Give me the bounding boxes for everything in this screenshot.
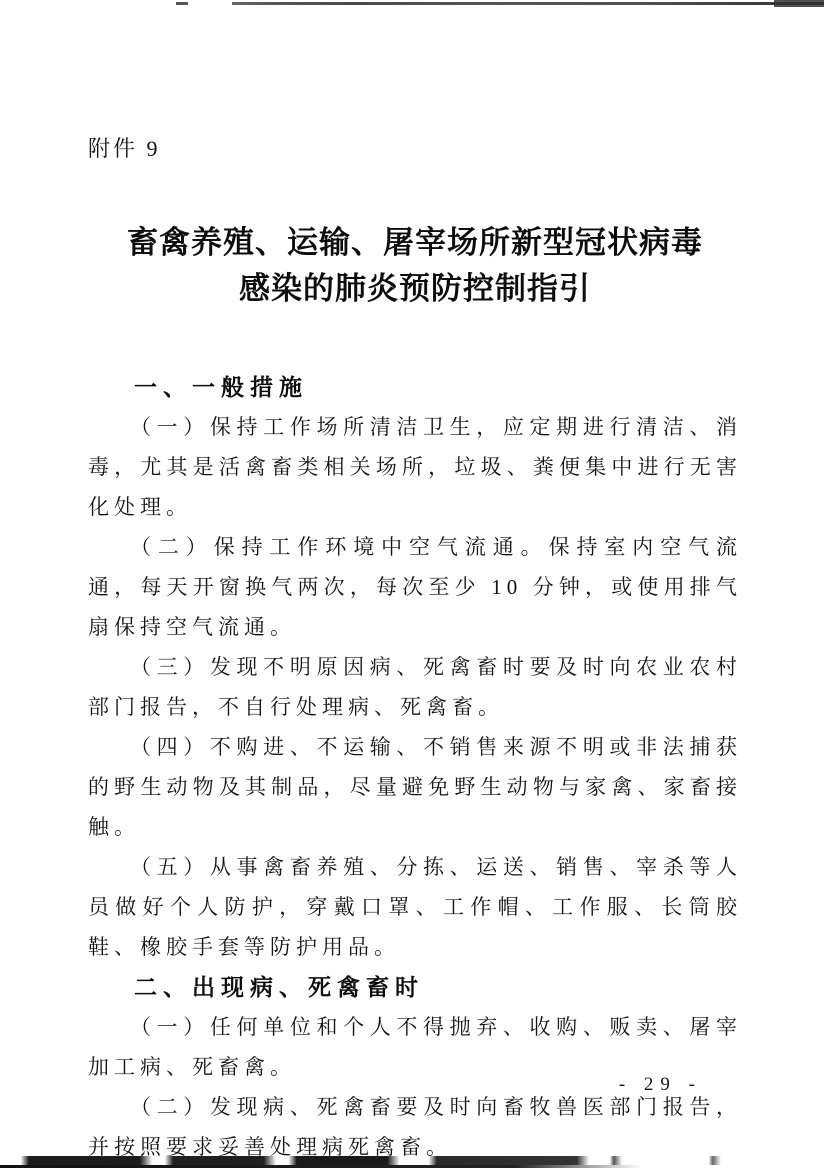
document-body: 一、一般措施 （一）保持工作场所清洁卫生，应定期进行清洁、消毒，尤其是活禽畜类相… bbox=[88, 367, 742, 1167]
paragraph: （二）发现病、死禽畜要及时向畜牧兽医部门报告，并按照要求妥善处理病死禽畜。 bbox=[88, 1087, 742, 1167]
section-heading: 二、出现病、死禽畜时 bbox=[88, 967, 742, 1007]
document-title: 畜禽养殖、运输、屠宰场所新型冠状病毒 感染的肺炎预防控制指引 bbox=[88, 220, 742, 312]
document-title-line2: 感染的肺炎预防控制指引 bbox=[88, 266, 742, 312]
document-title-line1: 畜禽养殖、运输、屠宰场所新型冠状病毒 bbox=[88, 220, 742, 266]
scan-artifact-top-line bbox=[232, 2, 824, 5]
scan-artifact-top-corner bbox=[774, 0, 824, 7]
attachment-label: 附件 9 bbox=[88, 136, 742, 162]
paragraph: （二）保持工作环境中空气流通。保持室内空气流通，每天开窗换气两次，每次至少 10… bbox=[88, 527, 742, 647]
scan-artifact-top-dash bbox=[176, 2, 188, 5]
paragraph: （一）保持工作场所清洁卫生，应定期进行清洁、消毒，尤其是活禽畜类相关场所，垃圾、… bbox=[88, 407, 742, 527]
paragraph: （三）发现不明原因病、死禽畜时要及时向农业农村部门报告，不自行处理病、死禽畜。 bbox=[88, 647, 742, 727]
section-general-measures: 一、一般措施 （一）保持工作场所清洁卫生，应定期进行清洁、消毒，尤其是活禽畜类相… bbox=[88, 367, 742, 967]
page-number: - 29 - bbox=[619, 1074, 702, 1096]
paragraph: （四）不购进、不运输、不销售来源不明或非法捕获的野生动物及其制品，尽量避免野生动… bbox=[88, 727, 742, 847]
document-content: 附件 9 畜禽养殖、运输、屠宰场所新型冠状病毒 感染的肺炎预防控制指引 一、一般… bbox=[88, 136, 742, 1167]
scan-artifact-bottom-band bbox=[0, 1156, 824, 1165]
section-sick-dead-animals: 二、出现病、死禽畜时 （一）任何单位和个人不得抛弃、收购、贩卖、屠宰加工病、死畜… bbox=[88, 967, 742, 1167]
paragraph: （五）从事禽畜养殖、分拣、运送、销售、宰杀等人员做好个人防护，穿戴口罩、工作帽、… bbox=[88, 847, 742, 967]
section-heading: 一、一般措施 bbox=[88, 367, 742, 407]
scanned-document-page: 附件 9 畜禽养殖、运输、屠宰场所新型冠状病毒 感染的肺炎预防控制指引 一、一般… bbox=[0, 0, 824, 1168]
